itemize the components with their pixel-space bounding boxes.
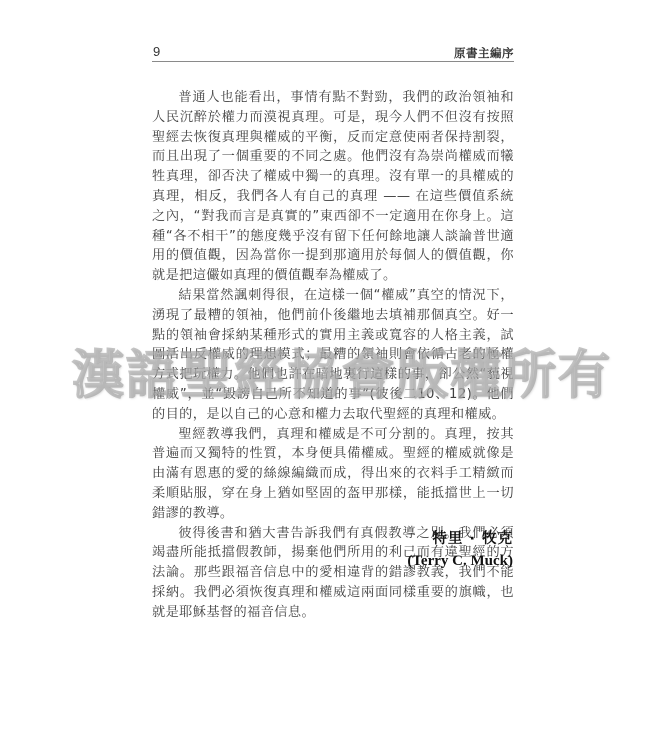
paragraph-1: 普通人也能看出，事情有點不對勁，我們的政治領袖和人民沉醉於權力而漠視真理。可是，… xyxy=(152,88,514,286)
paragraph-3: 聖經教導我們，真理和權威是不可分割的。真理，按其普遍而又獨特的性質，本身便具備權… xyxy=(152,425,514,524)
page-header: 9 原書主編序 xyxy=(152,44,514,62)
page-number: 9 xyxy=(153,44,160,59)
paragraph-2: 結果當然諷刺得很，在這樣一個“權威”真空的情況下，湧現了最糟的領袖，他們前仆後繼… xyxy=(152,286,514,425)
author-name-chinese: 特里 · 牧克 xyxy=(407,528,513,550)
running-title: 原書主編序 xyxy=(454,45,514,61)
author-name-english: (Terry C. Muck) xyxy=(407,550,513,572)
author-signature: 特里 · 牧克 (Terry C. Muck) xyxy=(407,528,513,572)
